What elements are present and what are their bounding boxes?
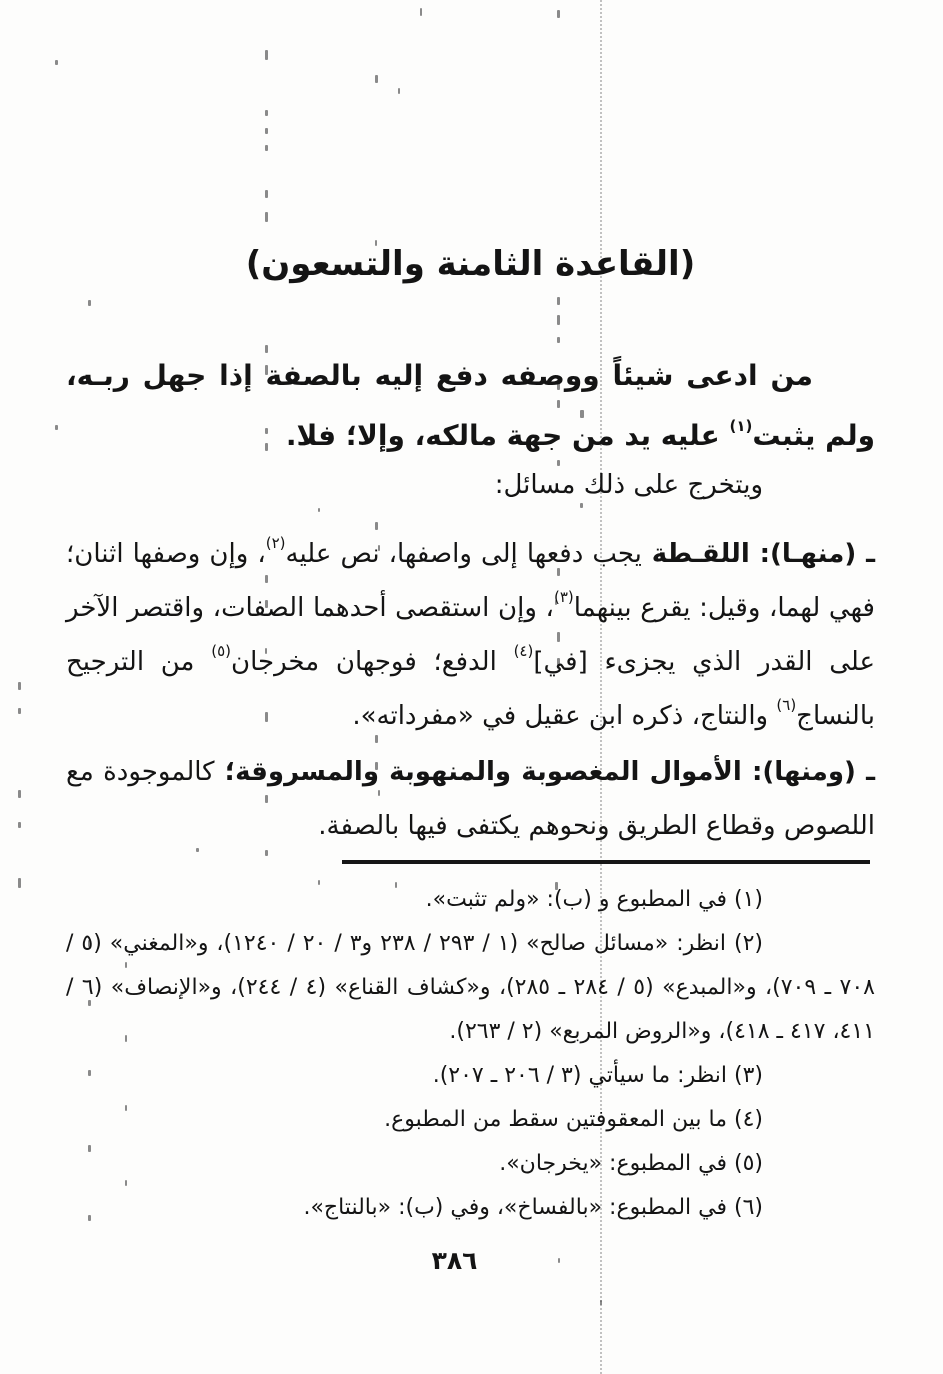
scan-speck <box>88 300 91 306</box>
scan-speck <box>18 878 21 888</box>
scan-speck <box>398 88 400 94</box>
footnote-ref: (٣) <box>554 588 574 606</box>
footnote: (٣) انظر: ما سيأتي (٣ / ٢٠٦ ـ ٢٠٧). <box>66 1054 875 1098</box>
scan-speck <box>18 708 21 714</box>
intro-line: ويتخرج على ذلك مسائل: <box>66 470 875 500</box>
footnote-ref: (٥) <box>211 642 231 660</box>
scan-speck <box>265 145 268 151</box>
scan-speck <box>557 297 560 305</box>
text-run: عليه يد من جهة مالكه، وإلا؛ فلا. <box>286 419 730 452</box>
scan-speck <box>265 128 268 134</box>
scan-speck <box>557 337 560 343</box>
footnote-ref: (١) <box>729 417 752 435</box>
scan-speck <box>420 8 422 16</box>
text-run: والنتاج، ذكره ابن عقيل في «مفرداته». <box>352 701 776 731</box>
scan-speck <box>265 212 268 222</box>
scan-speck <box>18 822 21 828</box>
scan-speck <box>557 10 560 18</box>
scan-speck <box>600 1300 602 1305</box>
footnote-ref: (٦) <box>776 696 796 714</box>
footnote: (٤) ما بين المعقوفتين سقط من المطبوع. <box>66 1098 875 1142</box>
footnotes-section: (١) في المطبوع و (ب): «ولم تثبت».(٢) انظ… <box>66 878 875 1230</box>
rule-statement: من ادعى شيئاً ووصفه دفع إليه بالصفة إذا … <box>66 346 875 466</box>
scan-speck <box>375 75 378 83</box>
scan-speck <box>18 790 21 798</box>
book-page-scan: (القاعدة الثامنة والتسعون) من ادعى شيئاً… <box>0 0 943 1374</box>
footnote: (١) في المطبوع و (ب): «ولم تثبت». <box>66 878 875 922</box>
text-run: الدفع؛ فوجهان مخرجان <box>231 647 514 677</box>
footnote-divider <box>342 860 870 864</box>
scan-speck <box>265 50 268 60</box>
text-run: يجب دفعها إلى واصفها، نص عليه <box>286 539 642 569</box>
page-number: ٣٨٦ <box>0 1246 909 1275</box>
bold-phrase: ـ (منهـا): اللقـطة <box>642 539 875 569</box>
scan-speck <box>55 425 58 430</box>
footnote: (٢) انظر: «مسائل صالح» (١ / ٢٩٣ / ٢٣٨ و٣… <box>66 922 875 1054</box>
scan-speck <box>557 315 560 325</box>
scan-speck <box>265 190 268 198</box>
rule-heading: (القاعدة الثامنة والتسعون) <box>66 244 875 284</box>
footnote: (٦) في المطبوع: «بالفساخ»، وفي (ب): «بال… <box>66 1186 875 1230</box>
issue-paragraph-luqatah: ـ (منهـا): اللقـطة يجب دفعها إلى واصفها،… <box>66 527 875 743</box>
scan-speck <box>18 682 21 690</box>
issue-paragraph-stolen-goods: ـ (ومنها): الأموال المغصوبة والمنهوبة وا… <box>66 745 875 853</box>
scan-speck <box>318 508 320 512</box>
footnote-ref: (٤) <box>514 642 534 660</box>
bold-phrase: ـ (ومنها): الأموال المغصوبة والمنهوبة وا… <box>215 757 875 787</box>
footnote-ref: (٢) <box>266 534 286 552</box>
scan-speck <box>55 60 58 65</box>
scan-speck <box>265 110 268 116</box>
footnote: (٥) في المطبوع: «يخرجان». <box>66 1142 875 1186</box>
scan-speck <box>580 503 583 508</box>
